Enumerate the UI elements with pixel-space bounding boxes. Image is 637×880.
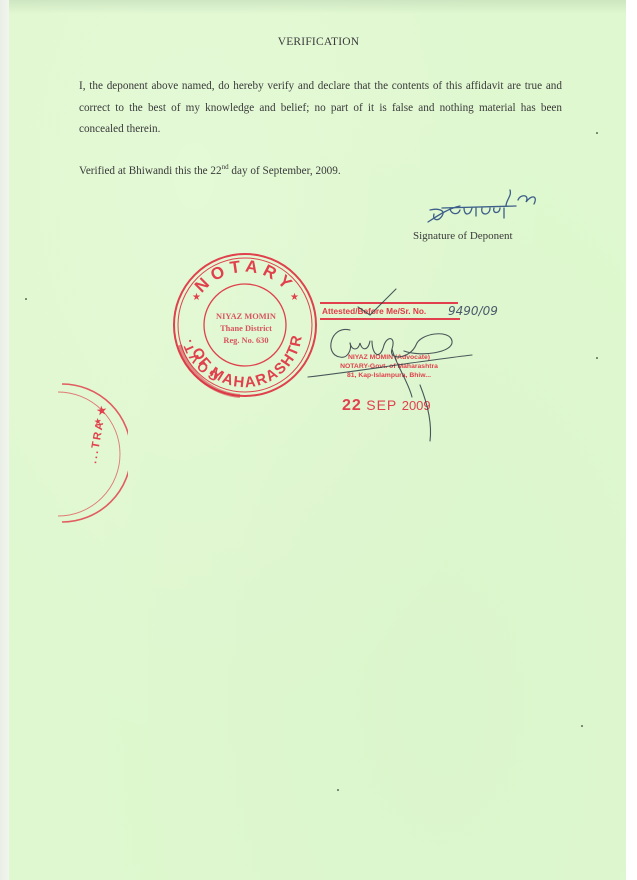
svg-text:★: ★ <box>290 292 299 303</box>
dust-speck <box>581 725 583 727</box>
dust-speck <box>596 357 598 359</box>
seal-inner-text: NIYAZ MOMIN Thane District Reg. No. 630 <box>196 311 296 347</box>
dust-speck <box>25 298 27 300</box>
document-title: VERIFICATION <box>0 36 637 48</box>
svg-text:NOTARY: NOTARY <box>191 256 299 296</box>
paper-shadow <box>9 0 626 14</box>
svg-text:★: ★ <box>192 292 201 303</box>
seal-reg-no: Reg. No. 630 <box>196 335 296 347</box>
verification-paragraph: I, the deponent above named, do hereby v… <box>79 76 562 141</box>
verified-prefix: Verified at Bhiwandi this the 22 <box>79 165 222 177</box>
dust-speck <box>337 789 339 791</box>
ordinal-suffix: nd <box>222 163 229 171</box>
verified-line: Verified at Bhiwandi this the 22nd day o… <box>79 163 341 177</box>
signature-label: Signature of Deponent <box>413 230 513 242</box>
svg-text:...TRA ★: ...TRA ★ <box>87 403 109 464</box>
seal-district: Thane District <box>196 323 296 335</box>
notary-signature <box>300 285 500 445</box>
scan-edge <box>0 0 9 880</box>
partial-notary-seal: ★ ...TRA ★ <box>56 376 128 526</box>
seal-name: NIYAZ MOMIN <box>196 311 296 323</box>
verified-suffix: day of September, 2009. <box>229 165 341 177</box>
deponent-signature <box>420 186 540 228</box>
dust-speck <box>596 132 598 134</box>
